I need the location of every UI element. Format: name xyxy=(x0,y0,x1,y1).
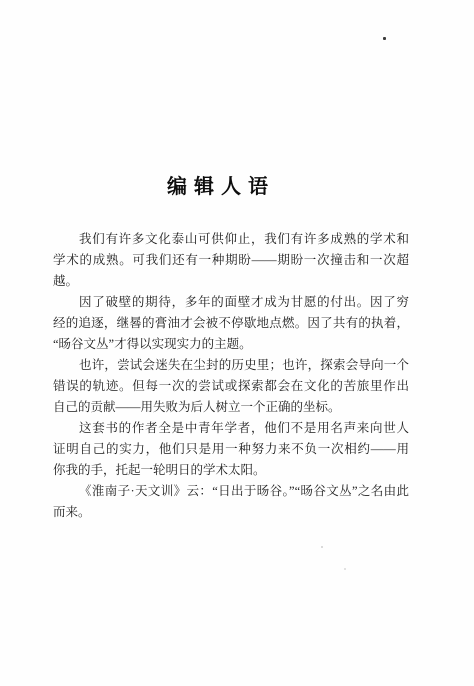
scan-artifact-dot-faint xyxy=(321,546,323,548)
text-line-5: 经的追逐，继晷的膏油才会被不停歇地点燃。因了共有的执着， xyxy=(53,313,409,334)
text-line-9: 自己的贡献——用失败为后人树立一个正确的坐标。 xyxy=(53,397,409,418)
text-line-14: 而来。 xyxy=(53,502,409,523)
page-title: 编辑人语 xyxy=(0,175,458,199)
text-line-1: 我们有许多文化泰山可供仰止，我们有许多成熟的学术和 xyxy=(53,229,409,250)
text-line-11: 证明自己的实力，他们只是用一种努力来不负一次相约——用 xyxy=(53,439,409,460)
editor-preface-text: 我们有许多文化泰山可供仰止，我们有许多成熟的学术和 学术的成熟。可我们还有一种期… xyxy=(53,229,409,523)
text-line-7: 也许，尝试会迷失在尘封的历史里；也许，探索会导向一个 xyxy=(53,355,409,376)
text-line-10: 这套书的作者全是中青年学者，他们不是用名声来向世人 xyxy=(53,418,409,439)
text-line-3: 越。 xyxy=(53,271,409,292)
text-line-2: 学术的成熟。可我们还有一种期盼——期盼一次撞击和一次超 xyxy=(53,250,409,271)
text-line-12: 你我的手，托起一轮明日的学术太阳。 xyxy=(53,460,409,481)
text-line-6: “旸谷文丛”才得以实现实力的主题。 xyxy=(53,334,409,355)
scan-artifact-dot xyxy=(383,37,386,40)
text-line-8: 错误的轨迹。但每一次的尝试或探索都会在文化的苦旅里作出 xyxy=(53,376,409,397)
text-line-4: 因了破壁的期待，多年的面壁才成为甘愿的付出。因了穷 xyxy=(53,292,409,313)
scanned-book-page: 编辑人语 我们有许多文化泰山可供仰止，我们有许多成熟的学术和 学术的成熟。可我们… xyxy=(0,0,474,686)
scan-artifact-dot-faint xyxy=(344,568,346,570)
text-line-13: 《淮南子·天文训》云：“日出于旸谷。”“旸谷文丛”之名由此 xyxy=(53,481,409,502)
